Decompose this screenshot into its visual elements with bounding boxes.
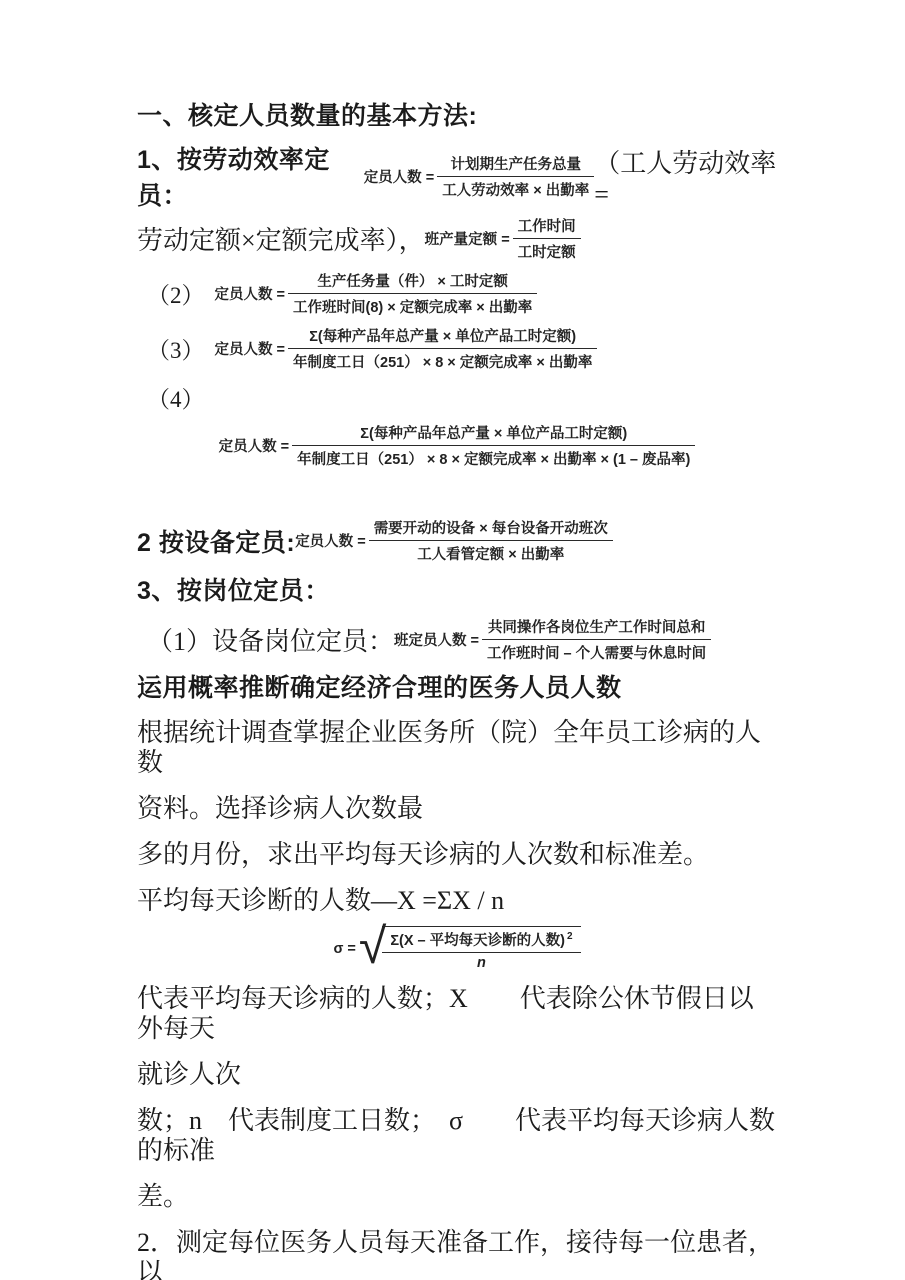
- formula-standard-deviation: σ = √ Σ(X – 平均每天诊断的人数)2 n: [333, 926, 580, 972]
- heading-method-3: 3、按岗位定员：: [137, 575, 777, 607]
- document-page: 一、核定人员数量的基本方法: 1、按劳动效率定员： 定员人数 = 计划期生产任务…: [0, 0, 905, 1280]
- item-label-4: （4）: [137, 383, 777, 417]
- formula-staffing-2: 定员人数 = 生产任务量（件） × 工时定额 工作班时间(8) × 定额完成率 …: [215, 269, 538, 318]
- fraction: 工作时间 工时定额: [513, 214, 581, 263]
- item-label-post-1: （1）设备岗位定员：: [147, 621, 394, 658]
- line-equipment-method: 2 按设备定员: 定员人数 = 需要开动的设备 × 每台设备开动班次 工人看管定…: [137, 516, 777, 565]
- denominator: 工人看管定额 × 出勤率: [369, 540, 613, 565]
- formula-shift-output-quota: 班产量定额 = 工作时间 工时定额: [425, 214, 581, 263]
- numerator: 计划期生产任务总量: [437, 152, 594, 176]
- formula-lhs: 定员人数 =: [295, 530, 366, 551]
- formula-shift-staffing: 班定员人数 = 共同操作各岗位生产工作时间总和 工作班时间 – 个人需要与休息时…: [394, 615, 711, 664]
- denominator: 工作班时间 – 个人需要与休息时间: [482, 639, 711, 664]
- denominator: 工作班时间(8) × 定额完成率 × 出勤率: [288, 293, 537, 318]
- sqrt-expression: √ Σ(X – 平均每天诊断的人数)2 n: [359, 926, 581, 972]
- paragraph-legend-1: 代表平均每天诊病的人数；X 代表除公休节假日以外每天: [137, 984, 777, 1044]
- fraction: Σ(每种产品年总产量 × 单位产品工时定额) 年制度工日（251） × 8 × …: [292, 421, 695, 470]
- heading-method-2: 2 按设备定员:: [137, 523, 295, 559]
- note-labor-open: （工人劳动效率=: [594, 143, 777, 210]
- numerator: 需要开动的设备 × 每台设备开动班次: [369, 516, 613, 540]
- denominator: 年制度工日（251） × 8 × 定额完成率 × 出勤率: [288, 348, 597, 373]
- denominator: 年制度工日（251） × 8 × 定额完成率 × 出勤率 × (1 – 废品率): [292, 445, 695, 470]
- numerator: 工作时间: [513, 214, 581, 238]
- formula-labor-efficiency: 定员人数 = 计划期生产任务总量 工人劳动效率 × 出勤率: [364, 152, 595, 201]
- denominator: 工时定额: [513, 238, 581, 263]
- exponent: 2: [567, 931, 573, 942]
- paragraph-step-2: 2．测定每位医务人员每天准备工作，接待每一位患者，以: [137, 1228, 777, 1280]
- fraction: 计划期生产任务总量 工人劳动效率 × 出勤率: [437, 152, 594, 201]
- denominator: n: [382, 953, 580, 972]
- fraction: 生产任务量（件） × 工时定额 工作班时间(8) × 定额完成率 × 出勤率: [288, 269, 537, 318]
- paragraph-legend-3: 数；n 代表制度工日数； σ 代表平均每天诊病人数的标准: [137, 1106, 777, 1166]
- formula-lhs: 班产量定额 =: [425, 228, 510, 249]
- line-formula-3: （3） 定员人数 = Σ(每种产品年总产量 × 单位产品工时定额) 年制度工日（…: [137, 324, 777, 373]
- numerator: 共同操作各岗位生产工作时间总和: [482, 615, 711, 639]
- paragraph-survey-2: 资料。选择诊病人次数最: [137, 794, 777, 824]
- line-formula-4: 定员人数 = Σ(每种产品年总产量 × 单位产品工时定额) 年制度工日（251）…: [137, 421, 777, 470]
- paragraph-legend-4: 差。: [137, 1182, 777, 1212]
- formula-staffing-4: 定员人数 = Σ(每种产品年总产量 × 单位产品工时定额) 年制度工日（251）…: [219, 421, 696, 470]
- line-post-method-item1: （1）设备岗位定员： 班定员人数 = 共同操作各岗位生产工作时间总和 工作班时间…: [137, 615, 777, 664]
- radical-sign-icon: √: [359, 923, 386, 969]
- item-label-2: （2）: [147, 277, 205, 310]
- numerator: Σ(每种产品年总产量 × 单位产品工时定额): [292, 421, 695, 445]
- numerator: Σ(每种产品年总产量 × 单位产品工时定额): [288, 324, 597, 348]
- formula-equipment: 定员人数 = 需要开动的设备 × 每台设备开动班次 工人看管定额 × 出勤率: [295, 516, 613, 565]
- paragraph-survey-3: 多的月份，求出平均每天诊病的人次数和标准差。: [137, 840, 777, 870]
- paragraph-mean-formula: 平均每天诊断的人数—X =ΣX / n: [137, 886, 777, 916]
- fraction: 需要开动的设备 × 每台设备开动班次 工人看管定额 × 出勤率: [369, 516, 613, 565]
- heading-method-1: 1、按劳动效率定员：: [137, 140, 364, 212]
- fraction: 共同操作各岗位生产工作时间总和 工作班时间 – 个人需要与休息时间: [482, 615, 711, 664]
- formula-lhs: σ =: [333, 941, 355, 957]
- formula-lhs: 定员人数 =: [215, 338, 286, 359]
- item-label-3: （3）: [147, 332, 205, 365]
- fraction: Σ(每种产品年总产量 × 单位产品工时定额) 年制度工日（251） × 8 × …: [288, 324, 597, 373]
- paragraph-survey-1: 根据统计调查掌握企业医务所（院）全年员工诊病的人数: [137, 718, 777, 778]
- line-labor-efficiency: 1、按劳动效率定员： 定员人数 = 计划期生产任务总量 工人劳动效率 × 出勤率…: [137, 140, 777, 212]
- numerator: Σ(X – 平均每天诊断的人数)2: [382, 927, 580, 953]
- formula-lhs: 定员人数 =: [215, 283, 286, 304]
- line-formula-2: （2） 定员人数 = 生产任务量（件） × 工时定额 工作班时间(8) × 定额…: [137, 269, 777, 318]
- page-title: 一、核定人员数量的基本方法:: [137, 100, 777, 132]
- formula-lhs: 定员人数 =: [219, 435, 290, 456]
- note-labor-continuation: 劳动定额×定额完成率），: [137, 220, 425, 257]
- line-sigma-formula: σ = √ Σ(X – 平均每天诊断的人数)2 n: [137, 926, 777, 972]
- formula-lhs: 班定员人数 =: [394, 629, 479, 650]
- line-quota-continuation: 劳动定额×定额完成率）， 班产量定额 = 工作时间 工时定额: [137, 214, 777, 263]
- numerator: 生产任务量（件） × 工时定额: [288, 269, 537, 293]
- numerator-text: Σ(X – 平均每天诊断的人数): [390, 933, 565, 949]
- sqrt-body: Σ(X – 平均每天诊断的人数)2 n: [382, 926, 580, 972]
- heading-probability: 运用概率推断确定经济合理的医务人员人数: [137, 672, 777, 704]
- denominator: 工人劳动效率 × 出勤率: [437, 176, 594, 201]
- formula-staffing-3: 定员人数 = Σ(每种产品年总产量 × 单位产品工时定额) 年制度工日（251）…: [215, 324, 598, 373]
- paragraph-legend-2: 就诊人次: [137, 1060, 777, 1090]
- formula-lhs: 定员人数 =: [364, 166, 435, 187]
